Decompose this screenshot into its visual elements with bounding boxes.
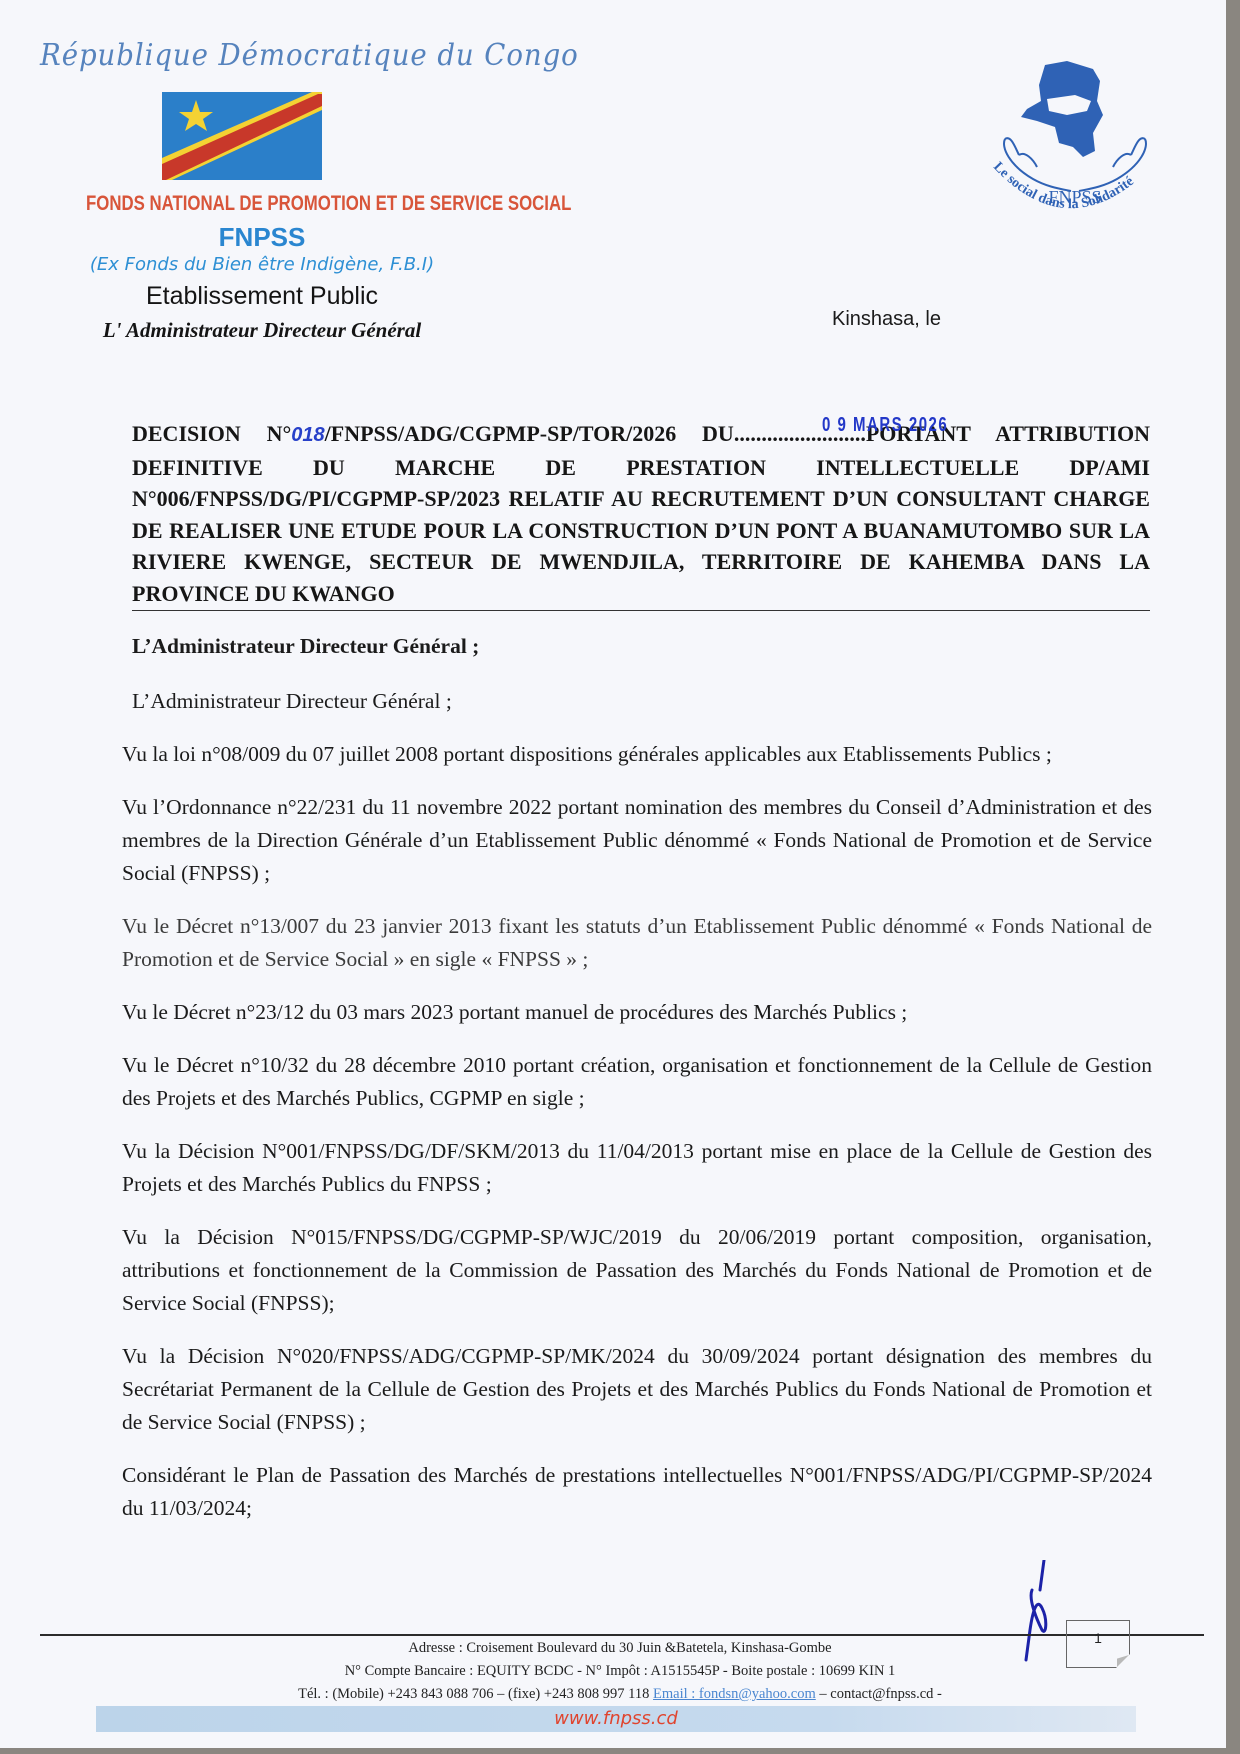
footer-address: Adresse : Croisement Boulevard du 30 Jui…: [130, 1640, 1110, 1657]
body-paragraph: Vu la Décision N°001/FNPSS/DG/DF/SKM/201…: [122, 1135, 1152, 1201]
body-paragraph: Vu le Décret n°10/32 du 28 décembre 2010…: [122, 1049, 1152, 1115]
footer-contact-email: – contact@fnpss.cd -: [819, 1686, 941, 1702]
date-stamp: 0 9 MARS 2026: [822, 410, 948, 442]
issuing-office: L' Administrateur Directeur Général: [42, 318, 482, 343]
former-name: (Ex Fonds du Bien être Indigène, F.B.I): [42, 254, 482, 275]
drc-flag-icon: [162, 92, 322, 180]
decision-subject: PORTANT ATTRIBUTION DEFINITIVE DU MARCHE…: [132, 421, 1150, 606]
decision-title: 0 9 MARS 2026 DECISION N°018/FNPSS/ADG/C…: [132, 418, 1150, 609]
body-paragraph: Vu la Décision N°015/FNPSS/DG/CGPMP-SP/W…: [122, 1221, 1152, 1320]
place-date-label: Kinshasa, le: [832, 308, 941, 331]
body-paragraph: Vu la Décision N°020/FNPSS/ADG/CGPMP-SP/…: [122, 1340, 1152, 1439]
title-divider: [132, 610, 1150, 611]
body-heading: L’Administrateur Directeur Général ;: [122, 630, 1152, 663]
svg-text:Le social dans la Solidarité: Le social dans la Solidarité: [990, 159, 1137, 212]
body-paragraph: L’Administrateur Directeur Général ;: [122, 685, 1152, 718]
footer-divider: [40, 1634, 1204, 1636]
footer-bank: N° Compte Bancaire : EQUITY BCDC - N° Im…: [130, 1663, 1110, 1680]
decision-reference: /FNPSS/ADG/CGPMP-SP/TOR/2026 DU: [325, 421, 734, 446]
footer-website[interactable]: www.fnpss.cd: [96, 1706, 1136, 1732]
decision-number-handwritten: 018: [291, 424, 324, 446]
organization-status: Etablissement Public: [42, 282, 482, 311]
footer-email-link[interactable]: Email : fondsn@yahoo.com: [653, 1686, 816, 1702]
decision-prefix: DECISION N°: [132, 421, 291, 446]
footer-phone: Tél. : (Mobile) +243 843 088 706 – (fixe…: [298, 1686, 649, 1702]
body-paragraph: Vu le Décret n°13/007 du 23 janvier 2013…: [122, 910, 1152, 976]
footer-contact: Tél. : (Mobile) +243 843 088 706 – (fixe…: [130, 1686, 1110, 1703]
organization-name: FONDS NATIONAL DE PROMOTION ET DE SERVIC…: [86, 192, 438, 216]
organization-acronym: FNPSS: [42, 222, 482, 253]
body-paragraph: Vu l’Ordonnance n°22/231 du 11 novembre …: [122, 791, 1152, 890]
fnpss-logo-icon: FNPSS Le social dans la Solidarité: [975, 55, 1175, 230]
body-paragraph: Vu le Décret n°23/12 du 03 mars 2023 por…: [122, 996, 1152, 1029]
decision-body: L’Administrateur Directeur Général ; L’A…: [122, 630, 1152, 1545]
document-page: République Démocratique du Congo FONDS N…: [0, 0, 1226, 1748]
country-name: République Démocratique du Congo: [40, 38, 454, 73]
body-paragraph: Considérant le Plan de Passation des Mar…: [122, 1459, 1152, 1525]
body-paragraph: Vu la loi n°08/009 du 07 juillet 2008 po…: [122, 738, 1152, 771]
